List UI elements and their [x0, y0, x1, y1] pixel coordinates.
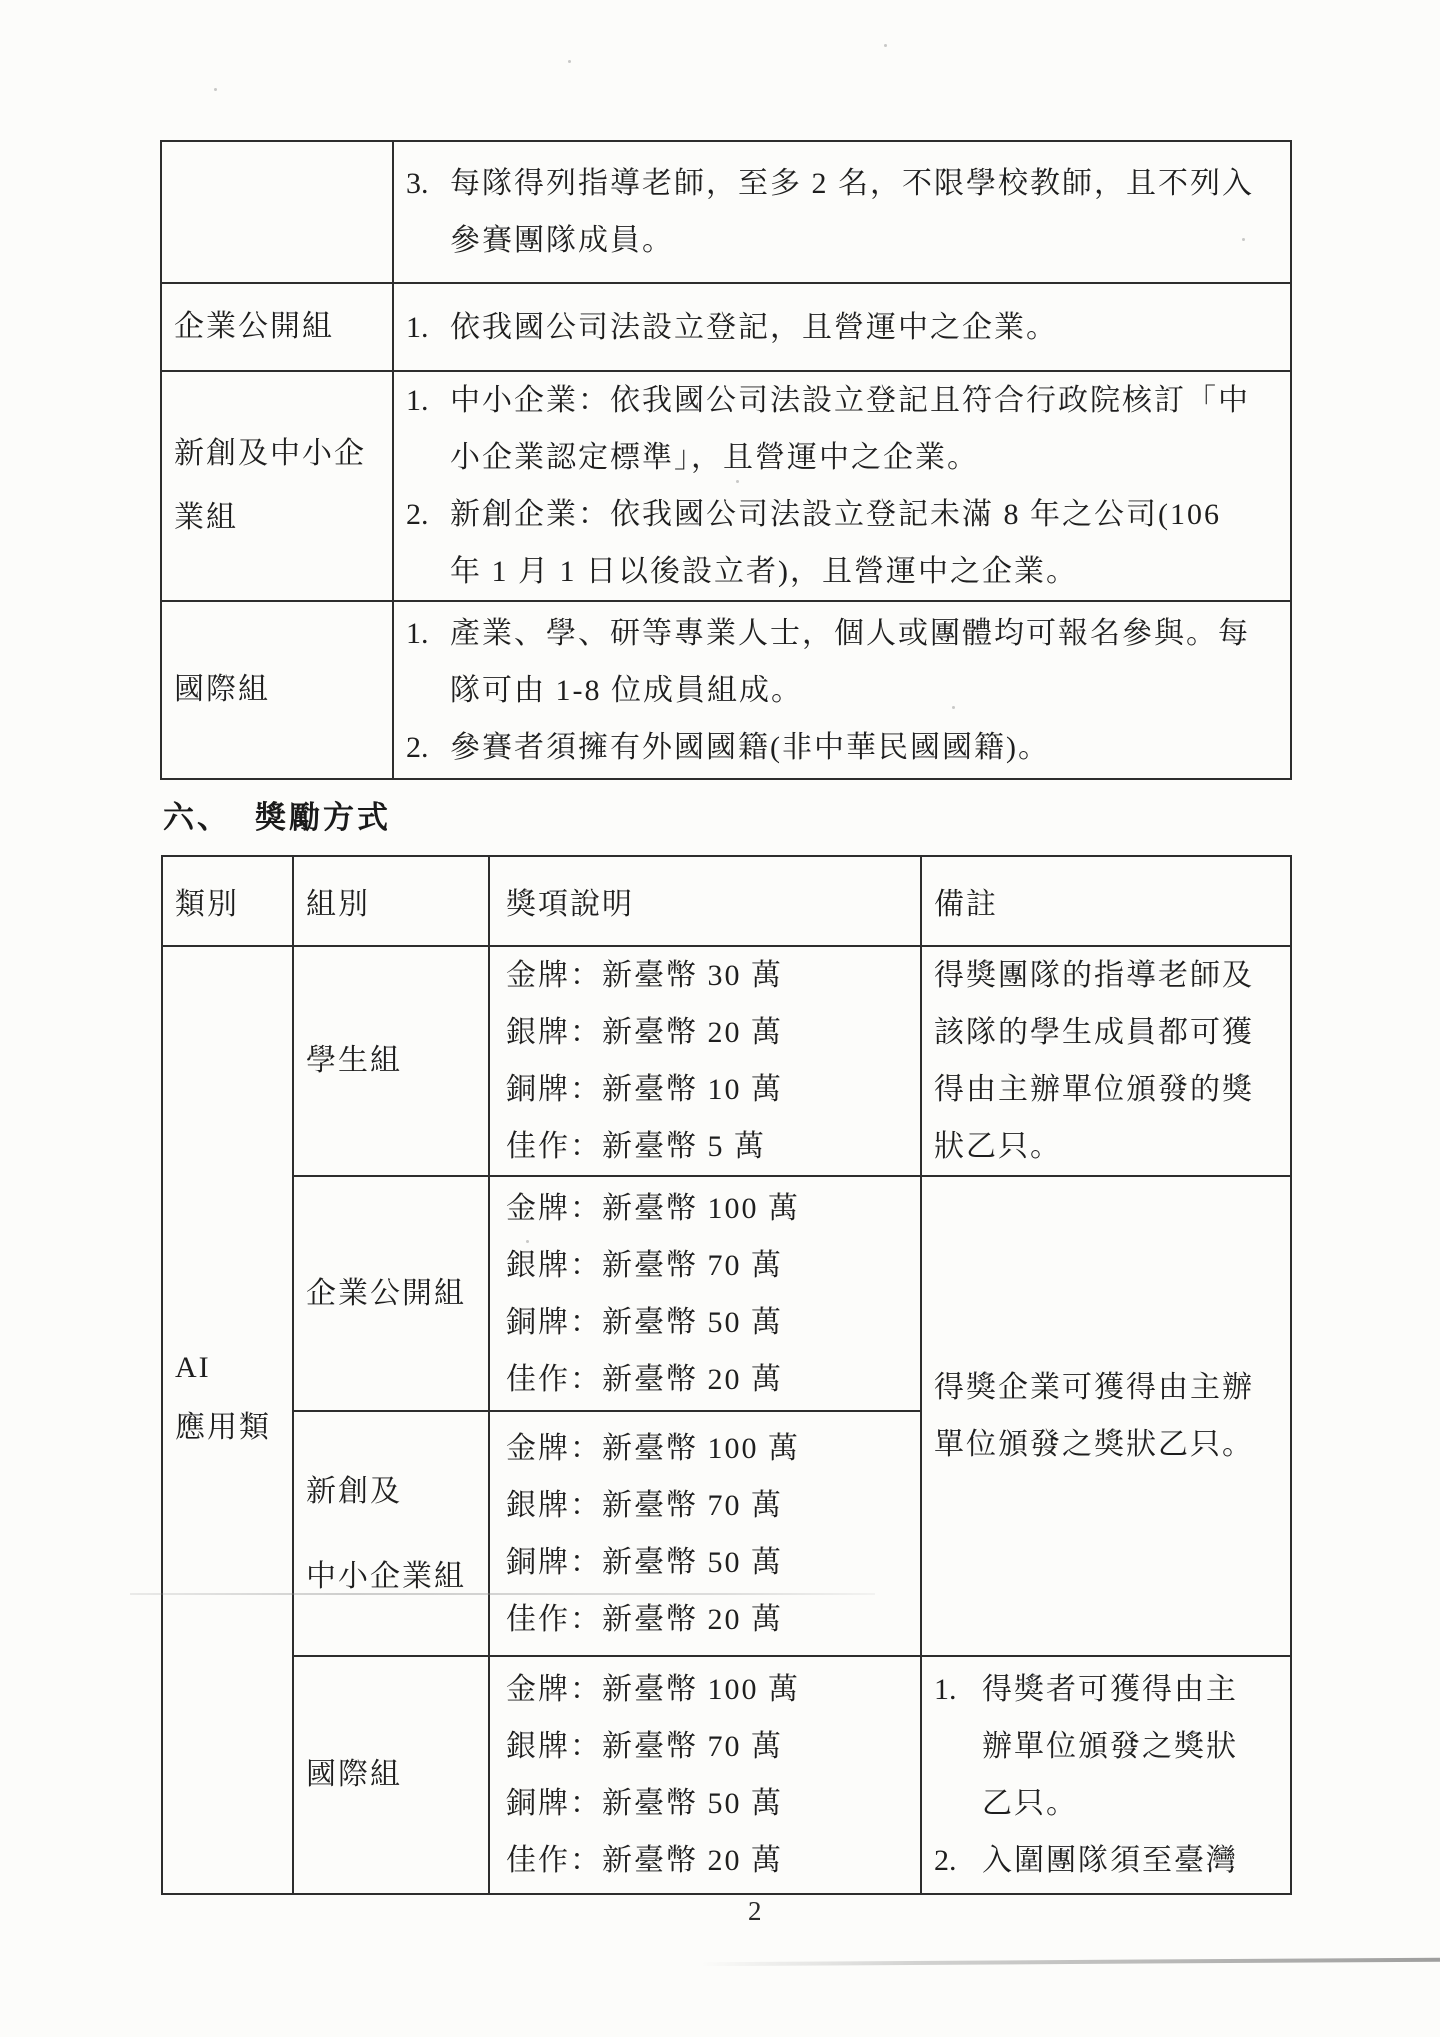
table-row: 新創及中小企 業組 1. 中小企業：依我國公司法設立登記且符合行政院核訂「中小企…	[161, 371, 1291, 601]
note-cell-student: 得獎團隊的指導老師及該隊的學生成員都可獲得由主辦單位頒發的獎狀乙只。	[921, 946, 1291, 1176]
scan-speck	[568, 60, 571, 63]
scan-speck	[1208, 1844, 1211, 1847]
eligibility-table: 3. 每隊得列指導老師，至多 2 名，不限學校教師，且不列入參賽團隊成員。 企業…	[160, 140, 1292, 780]
award-line: 銀牌：新臺幣 70 萬	[506, 1718, 920, 1775]
group-cell-startup-sme: 新創及 中小企業組	[293, 1411, 489, 1656]
list-item: 2. 新創企業：依我國公司法設立登記未滿 8 年之公司(106 年 1 月 1 …	[406, 486, 1260, 600]
group-label-line: 中小企業組	[306, 1534, 488, 1619]
award-line: 佳作：新臺幣 20 萬	[506, 1832, 920, 1889]
group-cell-student: 學生組	[293, 946, 489, 1176]
group-label-line: 業組	[174, 486, 392, 550]
header-awards: 獎項說明	[489, 856, 921, 946]
award-line: 銀牌：新臺幣 70 萬	[506, 1477, 920, 1534]
group-label: 國際組	[306, 1758, 488, 1792]
list-text: 得獎者可獲得由主辦單位頒發之獎狀乙只。	[982, 1661, 1256, 1832]
awards-cell: 金牌：新臺幣 30 萬 銀牌：新臺幣 20 萬 銅牌：新臺幣 10 萬 佳作：新…	[489, 946, 921, 1176]
list-text: 中小企業：依我國公司法設立登記且符合行政院核訂「中小企業認定標準」，且營運中之企…	[450, 372, 1260, 486]
section-heading: 六、獎勵方式	[163, 792, 391, 837]
list-text: 產業、學、研等專業人士，個人或團體均可報名參與。每隊可由 1-8 位成員組成。	[450, 605, 1260, 719]
list-number: 1.	[406, 605, 450, 662]
group-cell-enterprise: 企業公開組	[293, 1176, 489, 1411]
scan-artifact-line	[130, 1593, 875, 1595]
eligibility-desc-cell: 1. 中小企業：依我國公司法設立登記且符合行政院核訂「中小企業認定標準」，且營運…	[393, 371, 1291, 601]
category-line: 應用類	[175, 1398, 292, 1458]
list-text: 依我國公司法設立登記，且營運中之企業。	[450, 299, 1260, 356]
award-line: 銀牌：新臺幣 20 萬	[506, 1004, 920, 1061]
scan-artifact-line	[700, 1958, 1440, 1967]
header-notes: 備註	[921, 856, 1291, 946]
table-row: AI 應用類 學生組 金牌：新臺幣 30 萬 銀牌：新臺幣 20 萬 銅牌：新臺…	[162, 946, 1291, 1176]
header-category: 類別	[162, 856, 293, 946]
page-number: 2	[748, 1896, 762, 1927]
group-label: 學生組	[306, 1044, 488, 1078]
table-row: 企業公開組 金牌：新臺幣 100 萬 銀牌：新臺幣 70 萬 銅牌：新臺幣 50…	[162, 1176, 1291, 1411]
award-line: 銀牌：新臺幣 70 萬	[506, 1237, 920, 1294]
table-row: 企業公開組 1. 依我國公司法設立登記，且營運中之企業。	[161, 283, 1291, 371]
scan-speck	[884, 44, 887, 47]
list-item: 2. 參賽者須擁有外國國籍(非中華民國國籍)。	[406, 719, 1260, 776]
scan-speck	[526, 1240, 529, 1243]
table-row: 國際組 1. 產業、學、研等專業人士，個人或團體均可報名參與。每隊可由 1-8 …	[161, 601, 1291, 779]
header-group: 組別	[293, 856, 489, 946]
awards-cell: 金牌：新臺幣 100 萬 銀牌：新臺幣 70 萬 銅牌：新臺幣 50 萬 佳作：…	[489, 1656, 921, 1894]
award-line: 佳作：新臺幣 20 萬	[506, 1591, 920, 1648]
list-item: 1. 中小企業：依我國公司法設立登記且符合行政院核訂「中小企業認定標準」，且營運…	[406, 372, 1260, 486]
list-number: 3.	[406, 155, 450, 212]
award-line: 金牌：新臺幣 100 萬	[506, 1661, 920, 1718]
list-text: 入圍團隊須至臺灣	[982, 1832, 1256, 1889]
award-line: 佳作：新臺幣 20 萬	[506, 1351, 920, 1408]
list-number: 2.	[406, 486, 450, 543]
group-label: 國際組	[174, 658, 392, 722]
group-cell-international: 國際組	[293, 1656, 489, 1894]
award-line: 銅牌：新臺幣 50 萬	[506, 1775, 920, 1832]
table-row: 3. 每隊得列指導老師，至多 2 名，不限學校教師，且不列入參賽團隊成員。	[161, 141, 1291, 283]
list-number: 1.	[406, 299, 450, 356]
list-item: 3. 每隊得列指導老師，至多 2 名，不限學校教師，且不列入參賽團隊成員。	[406, 155, 1260, 269]
section-title: 獎勵方式	[255, 800, 391, 835]
list-item: 2. 入圍團隊須至臺灣	[934, 1832, 1268, 1889]
scan-speck	[952, 706, 955, 709]
eligibility-group-enterprise: 企業公開組	[161, 283, 393, 371]
eligibility-desc-cell: 3. 每隊得列指導老師，至多 2 名，不限學校教師，且不列入參賽團隊成員。	[393, 141, 1291, 283]
group-label: 企業公開組	[174, 295, 392, 359]
eligibility-group-empty	[161, 141, 393, 283]
scan-speck	[1176, 1090, 1179, 1093]
eligibility-desc-cell: 1. 依我國公司法設立登記，且營運中之企業。	[393, 283, 1291, 371]
group-label: 企業公開組	[306, 1277, 488, 1311]
scan-speck	[214, 88, 217, 91]
note-cell-international: 1. 得獎者可獲得由主辦單位頒發之獎狀乙只。 2. 入圍團隊須至臺灣	[921, 1656, 1291, 1894]
list-number: 1.	[934, 1661, 982, 1718]
scan-speck	[736, 480, 739, 483]
list-item: 1. 產業、學、研等專業人士，個人或團體均可報名參與。每隊可由 1-8 位成員組…	[406, 605, 1260, 719]
list-text: 參賽者須擁有外國國籍(非中華民國國籍)。	[450, 719, 1260, 776]
list-number: 2.	[934, 1832, 982, 1889]
scanned-document-page: 3. 每隊得列指導老師，至多 2 名，不限學校教師，且不列入參賽團隊成員。 企業…	[0, 0, 1440, 2037]
list-text: 新創企業：依我國公司法設立登記未滿 8 年之公司(106 年 1 月 1 日以後…	[450, 486, 1260, 600]
awards-table: 類別 組別 獎項說明 備註 AI 應用類 學生組 金牌：新臺幣 30 萬	[161, 855, 1292, 1895]
award-line: 金牌：新臺幣 100 萬	[506, 1420, 920, 1477]
award-line: 銅牌：新臺幣 10 萬	[506, 1061, 920, 1118]
group-label-line: 新創及中小企	[174, 422, 392, 486]
note-text: 得獎團隊的指導老師及該隊的學生成員都可獲得由主辦單位頒發的獎狀乙只。	[934, 947, 1268, 1175]
award-line: 金牌：新臺幣 30 萬	[506, 947, 920, 1004]
section-number: 六、	[163, 800, 231, 835]
award-line: 佳作：新臺幣 5 萬	[506, 1118, 920, 1175]
scan-speck	[1242, 238, 1245, 241]
table-row: 國際組 金牌：新臺幣 100 萬 銀牌：新臺幣 70 萬 銅牌：新臺幣 50 萬…	[162, 1656, 1291, 1894]
list-item: 1. 依我國公司法設立登記，且營運中之企業。	[406, 299, 1260, 356]
list-text: 每隊得列指導老師，至多 2 名，不限學校教師，且不列入參賽團隊成員。	[450, 155, 1260, 269]
group-label-line: 新創及	[306, 1449, 488, 1534]
eligibility-group-international: 國際組	[161, 601, 393, 779]
list-item: 1. 得獎者可獲得由主辦單位頒發之獎狀乙只。	[934, 1661, 1268, 1832]
award-line: 金牌：新臺幣 100 萬	[506, 1180, 920, 1237]
table-header-row: 類別 組別 獎項說明 備註	[162, 856, 1291, 946]
category-cell-ai: AI 應用類	[162, 946, 293, 1894]
list-number: 2.	[406, 719, 450, 776]
note-cell-enterprise-merged: 得獎企業可獲得由主辦單位頒發之獎狀乙只。	[921, 1176, 1291, 1656]
list-number: 1.	[406, 372, 450, 429]
category-line: AI	[175, 1338, 292, 1398]
eligibility-desc-cell: 1. 產業、學、研等專業人士，個人或團體均可報名參與。每隊可由 1-8 位成員組…	[393, 601, 1291, 779]
eligibility-group-startup-sme: 新創及中小企 業組	[161, 371, 393, 601]
award-line: 銅牌：新臺幣 50 萬	[506, 1534, 920, 1591]
note-text: 得獎企業可獲得由主辦單位頒發之獎狀乙只。	[934, 1359, 1268, 1473]
awards-cell: 金牌：新臺幣 100 萬 銀牌：新臺幣 70 萬 銅牌：新臺幣 50 萬 佳作：…	[489, 1176, 921, 1411]
awards-cell: 金牌：新臺幣 100 萬 銀牌：新臺幣 70 萬 銅牌：新臺幣 50 萬 佳作：…	[489, 1411, 921, 1656]
award-line: 銅牌：新臺幣 50 萬	[506, 1294, 920, 1351]
